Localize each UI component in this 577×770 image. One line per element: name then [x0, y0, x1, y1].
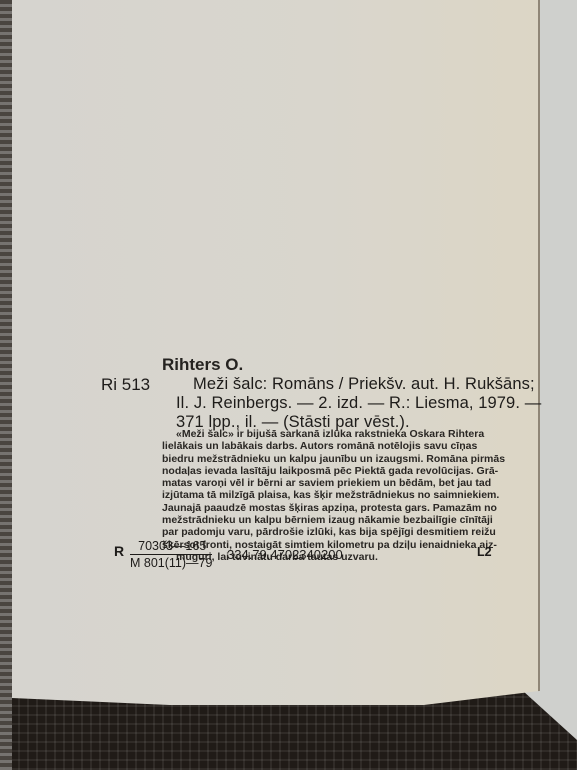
annotation-line: par padomju varu, pārdrošie izlūki, kas … [162, 526, 522, 538]
annotation: «Meži šalc» ir bijušā sarkanā izlūka rak… [162, 428, 522, 563]
annotation-line: nodaļas ievada lasītāju laikposmā pēc Pi… [162, 465, 522, 477]
classification-code: 334.79.4702340200 [227, 547, 343, 562]
bibliographic-description: Meži šalc: Romāns / Priekšv. aut. H. Ruk… [176, 375, 526, 432]
fraction-denominator: M 801(11)—79 [130, 555, 212, 570]
annotation-line: matas varoņi vēl ir bērni ar saviem prie… [162, 477, 522, 489]
author-heading: Rihters O. [162, 355, 243, 375]
fraction-numerator: 70303—165 [130, 539, 212, 555]
annotation-line: «Meži šalc» ir bijušā sarkanā izlūka rak… [176, 428, 522, 440]
biblio-line: Il. J. Reinbergs. — 2. izd. — R.: Liesma… [176, 394, 526, 413]
catalog-fraction: 70303—165 M 801(11)—79 [130, 539, 212, 570]
call-number: Ri 513 [101, 375, 150, 395]
r-label: R [114, 543, 124, 559]
biblio-line: Meži šalc: Romāns / Priekšv. aut. H. Ruk… [193, 375, 526, 394]
annotation-line: mežstrādnieku un kalpu bērniem izaug nāk… [162, 514, 522, 526]
annotation-line: izjūtama tā milzīgā plaisa, kas šķir mež… [162, 489, 522, 501]
annotation-line: lielākais un labākais darbs. Autors romā… [162, 440, 522, 452]
background-edge [0, 0, 12, 770]
annotation-line: biedru mežstrādnieku un kalpu jaunību un… [162, 453, 522, 465]
book-page [12, 0, 540, 705]
series-mark: L2 [477, 545, 492, 559]
annotation-line: Jaunajā paaudzē mostas šķiras apziņa, pr… [162, 502, 522, 514]
